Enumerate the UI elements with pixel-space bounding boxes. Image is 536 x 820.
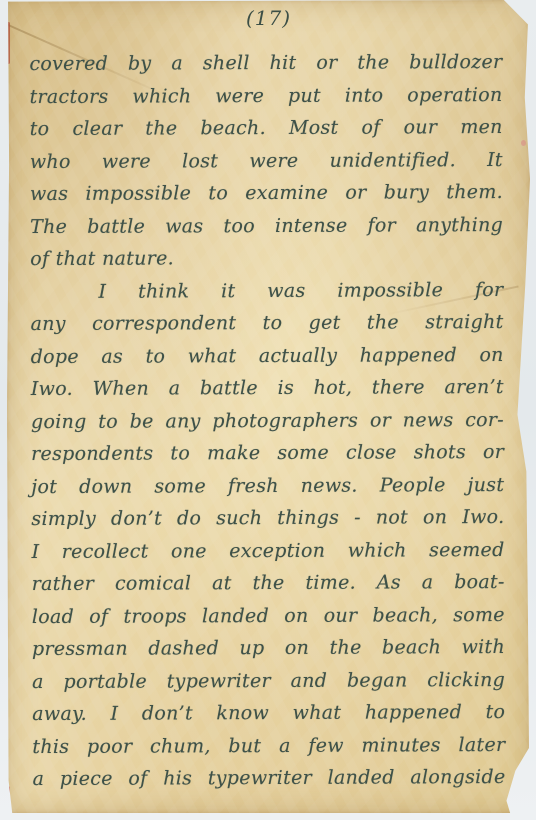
letter-line: covered by a shell hit or the bulldozer xyxy=(29,51,502,86)
letter-line: respondents to make some close shots or xyxy=(31,441,504,476)
letter-line: tractors which were put into operation xyxy=(30,83,503,118)
letter-line: load of troops landed on our beach, some xyxy=(32,603,505,638)
paper-stain xyxy=(3,786,10,797)
letter-line: dope as to what actually happened on xyxy=(31,343,504,378)
letter-line: pressman dashed up on the beach with xyxy=(32,636,505,671)
paper-stain xyxy=(521,140,526,146)
letter-paper: (17) covered by a shell hit or the bulld… xyxy=(7,0,530,813)
letter-line: rather comical at the time. As a boat- xyxy=(32,571,505,606)
letter-line: I recollect one exception which seemed xyxy=(31,538,504,573)
letter-line: a piece of his typewriter landed alongsi… xyxy=(32,766,505,801)
letter-line: who were lost were unidentified. It xyxy=(30,148,503,183)
letter-line: to clear the beach. Most of our men xyxy=(30,116,503,151)
letter-line: jot down some fresh news. People just xyxy=(31,473,504,508)
letter-line: of that nature. xyxy=(30,246,503,281)
scan-background: (17) covered by a shell hit or the bulld… xyxy=(0,0,536,820)
letter-line: was impossible to examine or bury them. xyxy=(30,181,503,216)
letter-line: The battle was too intense for anything xyxy=(30,213,503,248)
letter-line: a portable typewriter and began clicking xyxy=(32,668,505,703)
page-number: (17) xyxy=(7,5,530,31)
letter-line: this poor chum, but a few minutes later xyxy=(32,733,505,768)
letter-body: covered by a shell hit or the bulldozer … xyxy=(29,51,505,801)
letter-line: simply don’t do such things - not on Iwo… xyxy=(31,506,504,541)
letter-line: any correspondent to get the straight xyxy=(31,311,504,346)
letter-line: Iwo. When a battle is hot, there aren’t xyxy=(31,376,504,411)
letter-line: going to be any photographers or news co… xyxy=(31,408,504,443)
letter-line: I think it was impossible for xyxy=(30,278,503,313)
letter-line: away. I don’t know what happened to xyxy=(32,701,505,736)
